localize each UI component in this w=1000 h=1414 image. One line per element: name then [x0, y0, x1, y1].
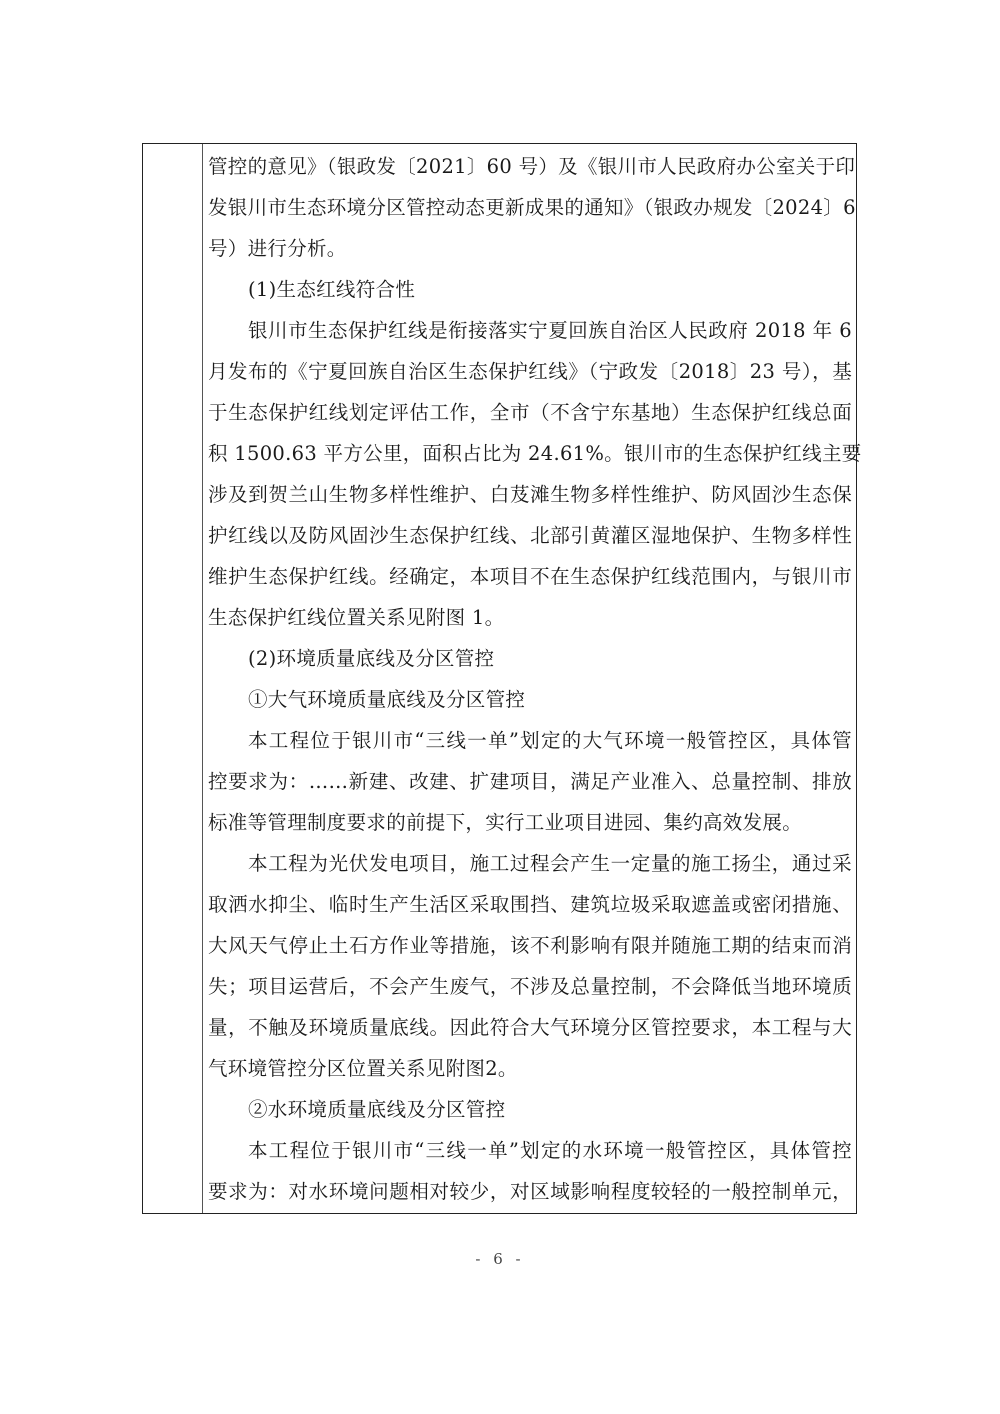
text-line: ①大气环境质量底线及分区管控	[208, 679, 852, 720]
text-line: 涉及到贺兰山生物多样性维护、白芨滩生物多样性维护、防风固沙生态保	[208, 474, 852, 515]
text-line: ②水环境质量底线及分区管控	[208, 1089, 852, 1130]
page-number: - 6 -	[0, 1250, 1000, 1268]
text-line: 银川市生态保护红线是衔接落实宁夏回族自治区人民政府 2018 年 6	[208, 310, 852, 351]
text-line: 标准等管理制度要求的前提下，实行工业项目进园、集约高效发展。	[208, 802, 852, 843]
text-line: 控要求为：……新建、改建、扩建项目，满足产业准入、总量控制、排放	[208, 761, 852, 802]
text-line: 气环境管控分区位置关系见附图2。	[208, 1048, 852, 1089]
text-line: 失；项目运营后，不会产生废气，不涉及总量控制，不会降低当地环境质	[208, 966, 852, 1007]
table-left-column	[143, 144, 203, 1213]
text-line: 月发布的《宁夏回族自治区生态保护红线》（宁政发〔2018〕23 号），基	[208, 351, 852, 392]
text-line: 本工程为光伏发电项目，施工过程会产生一定量的施工扬尘，通过采	[208, 843, 852, 884]
table-content-cell: 管控的意见》（银政发〔2021〕60 号）及《银川市人民政府办公室关于印发银川市…	[208, 144, 852, 1212]
text-line: 发银川市生态环境分区管控动态更新成果的通知》（银政办规发〔2024〕6	[208, 187, 852, 228]
text-line: 要求为：对水环境问题相对较少，对区域影响程度较轻的一般控制单元，	[208, 1171, 852, 1212]
text-line: 护红线以及防风固沙生态保护红线、北部引黄灌区湿地保护、生物多样性	[208, 515, 852, 556]
text-line: 大风天气停止土石方作业等措施，该不利影响有限并随施工期的结束而消	[208, 925, 852, 966]
text-line: 取洒水抑尘、临时生产生活区采取围挡、建筑垃圾采取遮盖或密闭措施、	[208, 884, 852, 925]
text-line: 本工程位于银川市“三线一单”划定的大气环境一般管控区，具体管	[208, 720, 852, 761]
text-line: 本工程位于银川市“三线一单”划定的水环境一般管控区，具体管控	[208, 1130, 852, 1171]
text-line: 号）进行分析。	[208, 228, 852, 269]
text-line: (2)环境质量底线及分区管控	[208, 638, 852, 679]
text-line: 于生态保护红线划定评估工作，全市（不含宁东基地）生态保护红线总面	[208, 392, 852, 433]
text-line: 管控的意见》（银政发〔2021〕60 号）及《银川市人民政府办公室关于印	[208, 146, 852, 187]
text-line: 生态保护红线位置关系见附图 1。	[208, 597, 852, 638]
content-table: 管控的意见》（银政发〔2021〕60 号）及《银川市人民政府办公室关于印发银川市…	[142, 143, 857, 1214]
text-line: 维护生态保护红线。经确定，本项目不在生态保护红线范围内，与银川市	[208, 556, 852, 597]
text-line: (1)生态红线符合性	[208, 269, 852, 310]
text-line: 积 1500.63 平方公里，面积占比为 24.61%。银川市的生态保护红线主要	[208, 433, 852, 474]
text-line: 量，不触及环境质量底线。因此符合大气环境分区管控要求，本工程与大	[208, 1007, 852, 1048]
